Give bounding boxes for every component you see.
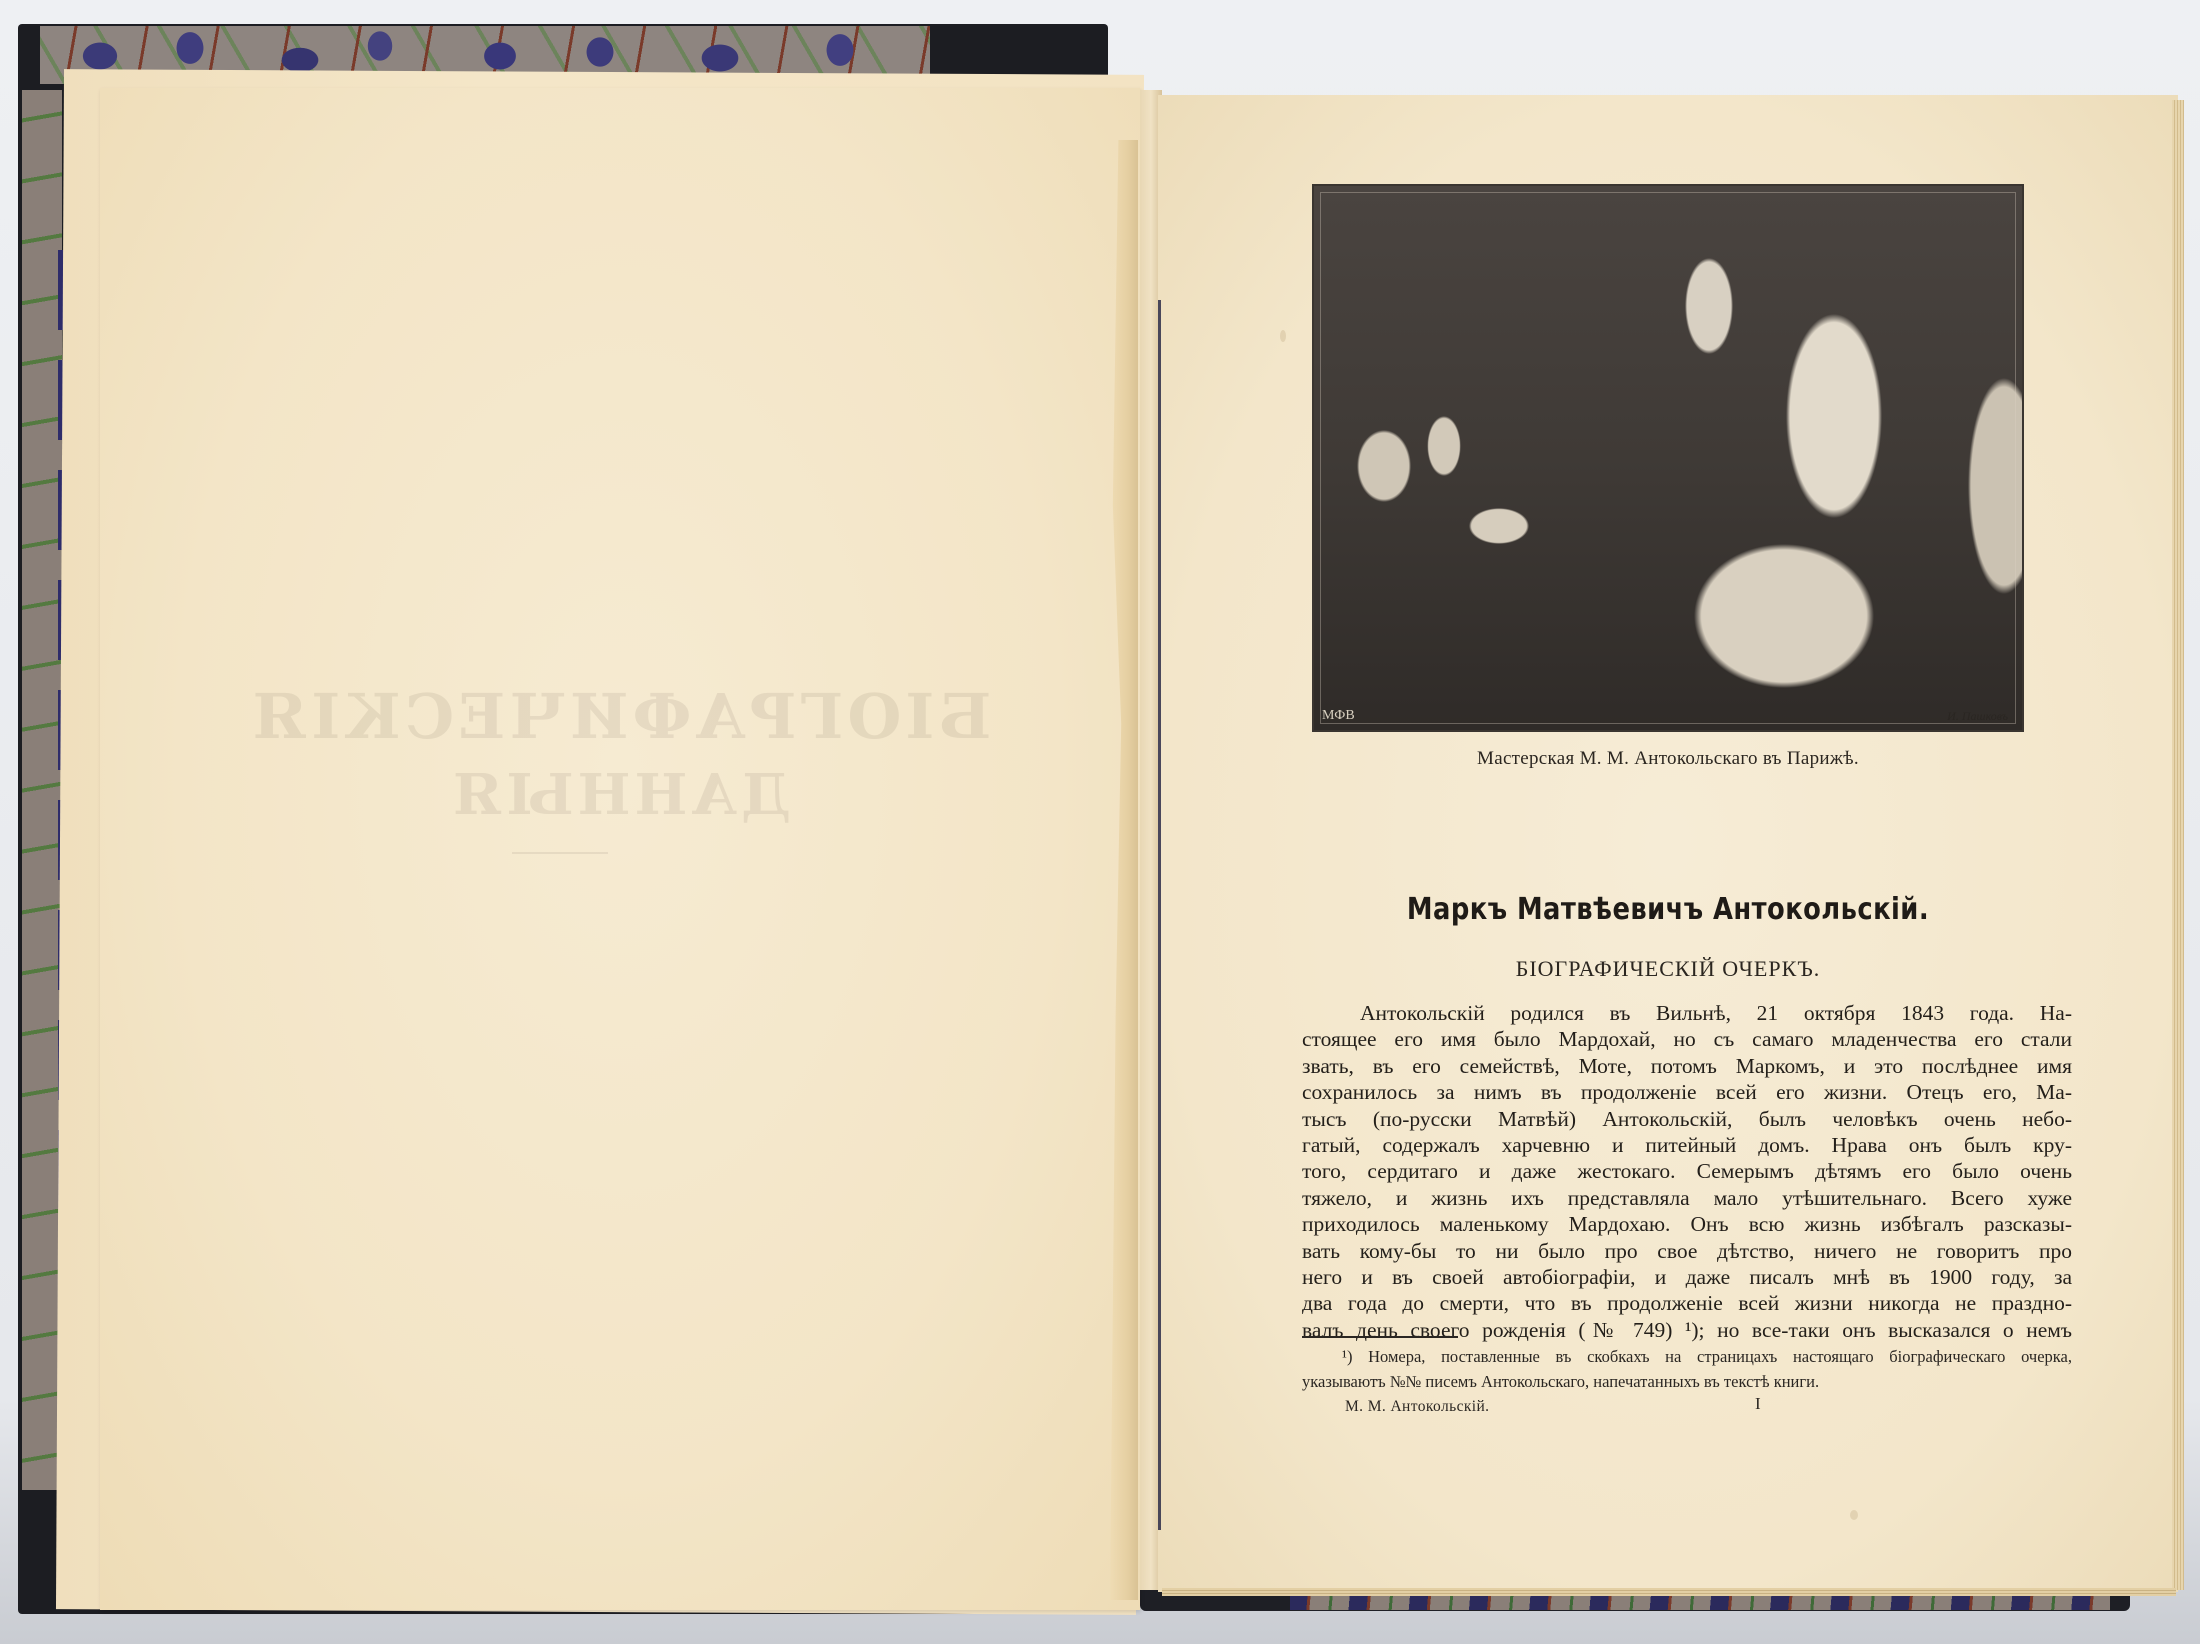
running-foot: М. М. Антокольскій. bbox=[1345, 1398, 1489, 1416]
body-line: тяжело, и жизнь ихъ представляла мало ут… bbox=[1302, 1185, 2072, 1211]
showthrough-text-line1: БІОГРАФИЧЕСКІЯ bbox=[100, 680, 1140, 753]
chapter-title: Маркъ Матвѣевичъ Антокольскій. bbox=[1362, 892, 1974, 927]
body-line: стоящее его имя было Мардохай, но съ сам… bbox=[1302, 1026, 2072, 1052]
studio-photograph: МФВ И. Пашковъ bbox=[1312, 184, 2024, 732]
body-line: гатый, содержалъ харчевню и питейный дом… bbox=[1302, 1132, 2072, 1158]
footnote-line: ¹) Номера, поставленные въ скобкахъ на с… bbox=[1302, 1344, 2072, 1369]
page-number: I bbox=[1755, 1394, 1761, 1414]
photo-inner-border bbox=[1320, 192, 2016, 724]
body-line: того, сердитаго и даже жестокаго. Семеры… bbox=[1302, 1158, 2072, 1184]
body-line: валъ день своего рожденія (№ 749) ¹); но… bbox=[1302, 1317, 2072, 1343]
body-line: вать кому-бы то ни было про свое дѣтство… bbox=[1302, 1238, 2072, 1264]
body-line: сохранилось за нимъ въ продолженіе всей … bbox=[1302, 1079, 2072, 1105]
right-page-bottom-edge bbox=[1162, 1588, 2176, 1596]
photo-signature: И. Пашковъ bbox=[1947, 709, 2008, 724]
showthrough-text-line2: ДАННЫЯ bbox=[100, 762, 1140, 828]
marbled-cover-edge bbox=[22, 90, 62, 1490]
body-line: него и въ своей автобіографіи, и даже пи… bbox=[1302, 1264, 2072, 1290]
left-page[interactable] bbox=[100, 88, 1140, 1610]
body-line: два года до смерти, что въ продолженіе в… bbox=[1302, 1290, 2072, 1316]
photo-monogram: МФВ bbox=[1322, 708, 1355, 724]
paper-stain bbox=[1850, 1510, 1858, 1520]
body-line: звать, въ его семействѣ, Моте, потомъ Ма… bbox=[1302, 1053, 2072, 1079]
footnote-line: указываютъ №№ писемъ Антокольскаго, напе… bbox=[1302, 1369, 2072, 1394]
body-line: Антокольскій родился въ Вильнѣ, 21 октяб… bbox=[1302, 1000, 2072, 1026]
footnote-rule bbox=[1302, 1336, 1458, 1338]
body-line: тысъ (по-русски Матвѣй) Антокольскій, бы… bbox=[1302, 1106, 2072, 1132]
body-line: приходилось маленькому Мардохаю. Онъ всю… bbox=[1302, 1211, 2072, 1237]
paper-stain bbox=[1280, 330, 1286, 342]
binding-thread bbox=[1158, 300, 1161, 1530]
body-text: Антокольскій родился въ Вильнѣ, 21 октяб… bbox=[1302, 1000, 2072, 1343]
photo-caption: Мастерская М. М. Антокольскаго въ Парижѣ… bbox=[1312, 748, 2024, 770]
showthrough-rule bbox=[512, 852, 608, 854]
right-page-fore-edge bbox=[2172, 100, 2184, 1590]
footnote: ¹) Номера, поставленные въ скобкахъ на с… bbox=[1302, 1344, 2072, 1394]
chapter-subtitle: БІОГРАФИЧЕСКІЙ ОЧЕРКЪ. bbox=[1312, 956, 2024, 982]
